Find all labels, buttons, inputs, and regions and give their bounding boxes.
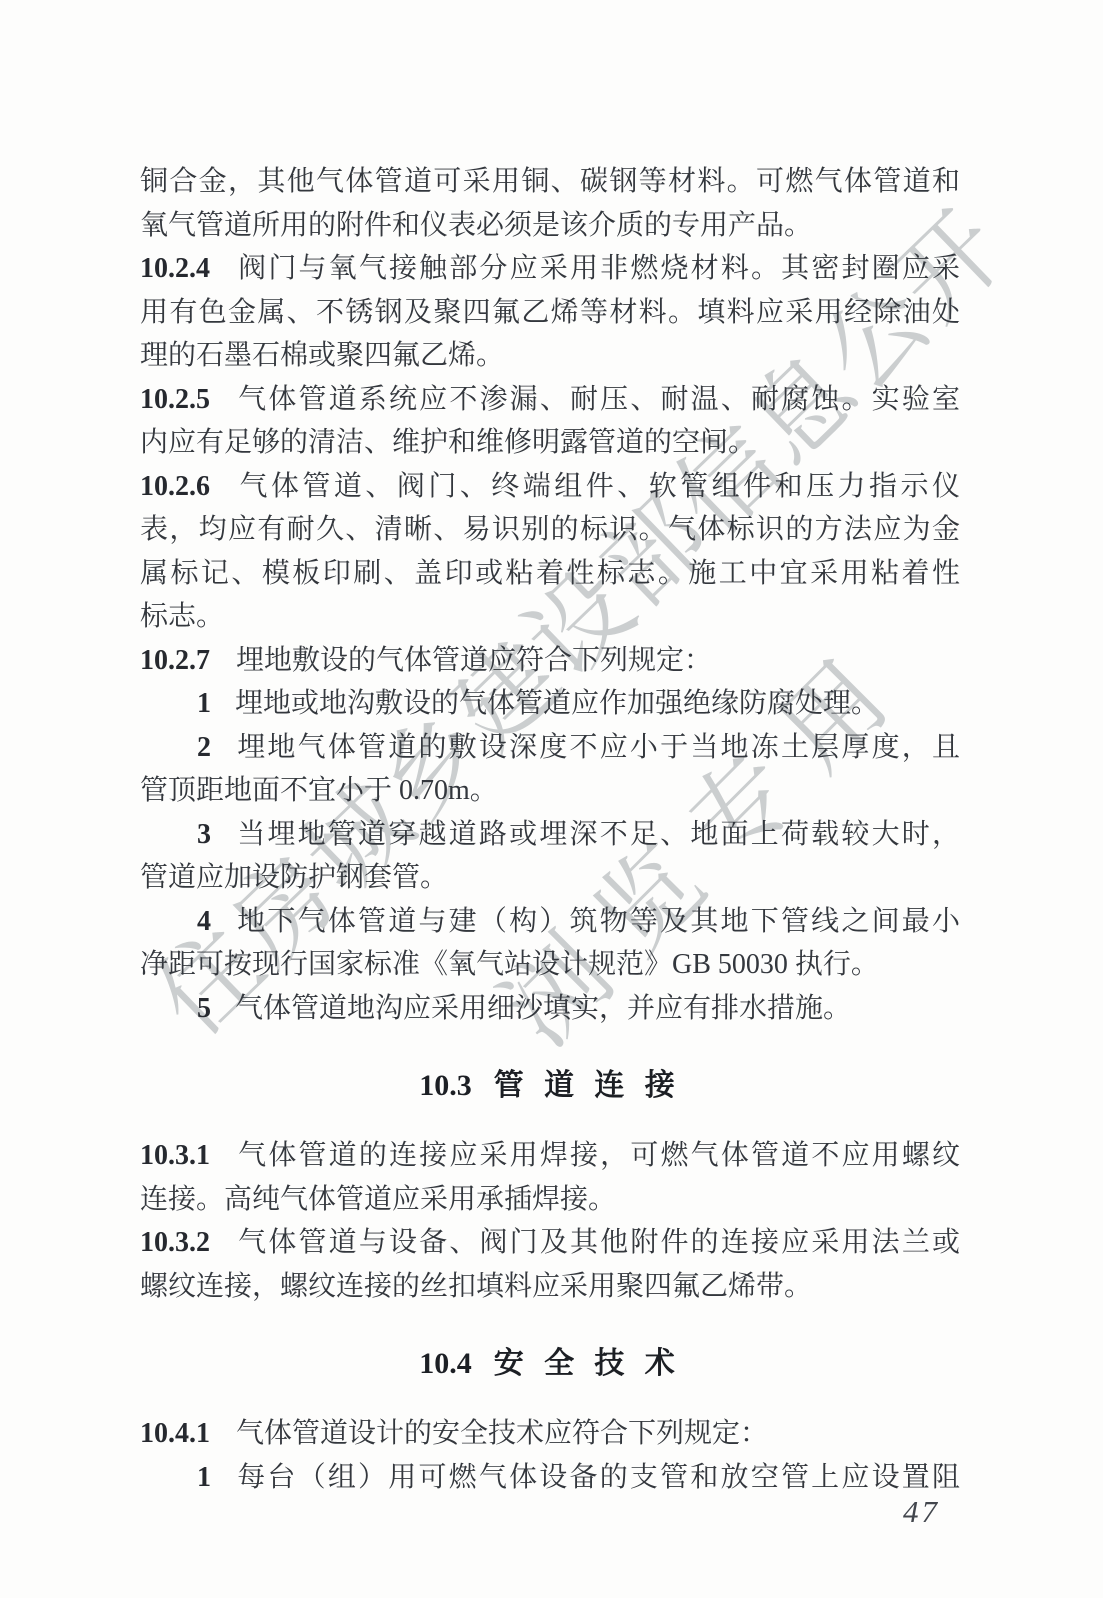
body-line: 管顶距地面不宜小于 0.70m。 (140, 769, 960, 813)
body-line: 表，均应有耐久、清晰、易识别的标识。气体标识的方法应为金 (140, 508, 960, 552)
line-text: 气体管道设计的安全技术应符合下列规定： (236, 1418, 768, 1449)
item-number: 3 (197, 819, 235, 850)
line-text: 理的石墨石棉或聚四氟乙烯。 (140, 340, 504, 371)
document-page: { "watermark": { "line1": "住房城乡建设部信息公开",… (0, 0, 1103, 1598)
body-line: 管道应加设防护钢套管。 (140, 856, 960, 900)
body-line: 1埋地或地沟敷设的气体管道应作加强绝缘防腐处理。 (140, 682, 960, 726)
body-line: 氧气管道所用的附件和仪表必须是该介质的专用产品。 (140, 204, 960, 248)
clause-number: 10.2.5 (140, 384, 236, 415)
body-line: 1每台（组）用可燃气体设备的支管和放空管上应设置阻 (140, 1456, 960, 1500)
body-line: 3当埋地管道穿越道路或埋深不足、地面上荷载较大时， (140, 813, 960, 857)
body-line: 4地下气体管道与建（构）筑物等及其地下管线之间最小 (140, 900, 960, 944)
body-line: 净距可按现行国家标准《氧气站设计规范》GB 50030 执行。 (140, 943, 960, 987)
line-text: 地下气体管道与建（构）筑物等及其地下管线之间最小 (235, 906, 960, 937)
heading-title: 安 全 技 术 (494, 1347, 681, 1380)
line-text: 气体管道与设备、阀门及其他附件的连接应采用法兰或 (236, 1227, 960, 1258)
clause-number: 10.4.1 (140, 1418, 236, 1449)
item-number: 2 (197, 732, 235, 763)
line-text: 气体管道系统应不渗漏、耐压、耐温、耐腐蚀。实验室 (236, 384, 960, 415)
body-line: 10.2.4阀门与氧气接触部分应采用非燃烧材料。其密封圈应采 (140, 247, 960, 291)
body-line: 10.3.2气体管道与设备、阀门及其他附件的连接应采用法兰或 (140, 1221, 960, 1265)
line-text: 管道应加设防护钢套管。 (140, 862, 448, 893)
line-text: 铜合金，其他气体管道可采用铜、碳钢等材料。可燃气体管道和 (140, 166, 960, 197)
page-background: 住房城乡建设部信息公开 浏览专用 铜合金，其他气体管道可采用铜、碳钢等材料。可燃… (0, 0, 1103, 1598)
line-text: 用有色金属、不锈钢及聚四氟乙烯等材料。填料应采用经除油处 (140, 297, 960, 328)
page-number: 47 (903, 1494, 940, 1530)
line-text: 标志。 (140, 601, 224, 632)
line-text: 属标记、模板印刷、盖印或粘着性标志。施工中宜采用粘着性 (140, 558, 960, 589)
text-block: 铜合金，其他气体管道可采用铜、碳钢等材料。可燃气体管道和 氧气管道所用的附件和仪… (140, 160, 960, 1499)
clause-number: 10.3.1 (140, 1140, 236, 1171)
clause-number: 10.2.6 (140, 471, 236, 502)
section-heading-10-3: 10.3管 道 连 接 (140, 1064, 960, 1108)
body-line: 连接。高纯气体管道应采用承插焊接。 (140, 1178, 960, 1222)
line-text: 当埋地管道穿越道路或埋深不足、地面上荷载较大时， (235, 819, 960, 850)
body-line: 10.2.6气体管道、阀门、终端组件、软管组件和压力指示仪 (140, 465, 960, 509)
body-line: 铜合金，其他气体管道可采用铜、碳钢等材料。可燃气体管道和 (140, 160, 960, 204)
body-line: 10.3.1气体管道的连接应采用焊接，可燃气体管道不应用螺纹 (140, 1134, 960, 1178)
item-number: 5 (197, 993, 235, 1024)
body-line: 10.2.7埋地敷设的气体管道应符合下列规定： (140, 639, 960, 683)
item-number: 1 (197, 688, 235, 719)
clause-number: 10.3.2 (140, 1227, 236, 1258)
heading-number: 10.4 (419, 1347, 494, 1380)
clause-number: 10.2.7 (140, 645, 236, 676)
item-number: 1 (197, 1462, 235, 1493)
line-text: 埋地敷设的气体管道应符合下列规定： (236, 645, 712, 676)
body-line: 理的石墨石棉或聚四氟乙烯。 (140, 334, 960, 378)
line-text: 净距可按现行国家标准《氧气站设计规范》GB 50030 执行。 (140, 949, 879, 980)
line-text: 连接。高纯气体管道应采用承插焊接。 (140, 1184, 616, 1215)
body-line: 属标记、模板印刷、盖印或粘着性标志。施工中宜采用粘着性 (140, 552, 960, 596)
heading-number: 10.3 (419, 1069, 494, 1102)
item-number: 4 (197, 906, 235, 937)
line-text: 螺纹连接，螺纹连接的丝扣填料应采用聚四氟乙烯带。 (140, 1271, 812, 1302)
line-text: 内应有足够的清洁、维护和维修明露管道的空间。 (140, 427, 756, 458)
body-line: 标志。 (140, 595, 960, 639)
line-text: 管顶距地面不宜小于 0.70m。 (140, 775, 498, 806)
body-line: 10.2.5气体管道系统应不渗漏、耐压、耐温、耐腐蚀。实验室 (140, 378, 960, 422)
clause-number: 10.2.4 (140, 253, 236, 284)
line-text: 气体管道的连接应采用焊接，可燃气体管道不应用螺纹 (236, 1140, 960, 1171)
line-text: 阀门与氧气接触部分应采用非燃烧材料。其密封圈应采 (236, 253, 960, 284)
line-text: 埋地气体管道的敷设深度不应小于当地冻土层厚度，且 (235, 732, 960, 763)
body-line: 5气体管道地沟应采用细沙填实，并应有排水措施。 (140, 987, 960, 1031)
line-text: 每台（组）用可燃气体设备的支管和放空管上应设置阻 (235, 1462, 960, 1493)
body-line: 用有色金属、不锈钢及聚四氟乙烯等材料。填料应采用经除油处 (140, 291, 960, 335)
body-line: 螺纹连接，螺纹连接的丝扣填料应采用聚四氟乙烯带。 (140, 1265, 960, 1309)
body-line: 2埋地气体管道的敷设深度不应小于当地冻土层厚度，且 (140, 726, 960, 770)
line-text: 埋地或地沟敷设的气体管道应作加强绝缘防腐处理。 (235, 688, 879, 719)
section-heading-10-4: 10.4安 全 技 术 (140, 1342, 960, 1386)
body-line: 内应有足够的清洁、维护和维修明露管道的空间。 (140, 421, 960, 465)
line-text: 气体管道、阀门、终端组件、软管组件和压力指示仪 (236, 471, 960, 502)
line-text: 表，均应有耐久、清晰、易识别的标识。气体标识的方法应为金 (140, 514, 960, 545)
line-text: 氧气管道所用的附件和仪表必须是该介质的专用产品。 (140, 210, 812, 241)
body-line: 10.4.1气体管道设计的安全技术应符合下列规定： (140, 1412, 960, 1456)
line-text: 气体管道地沟应采用细沙填实，并应有排水措施。 (235, 993, 851, 1024)
heading-title: 管 道 连 接 (494, 1069, 681, 1102)
